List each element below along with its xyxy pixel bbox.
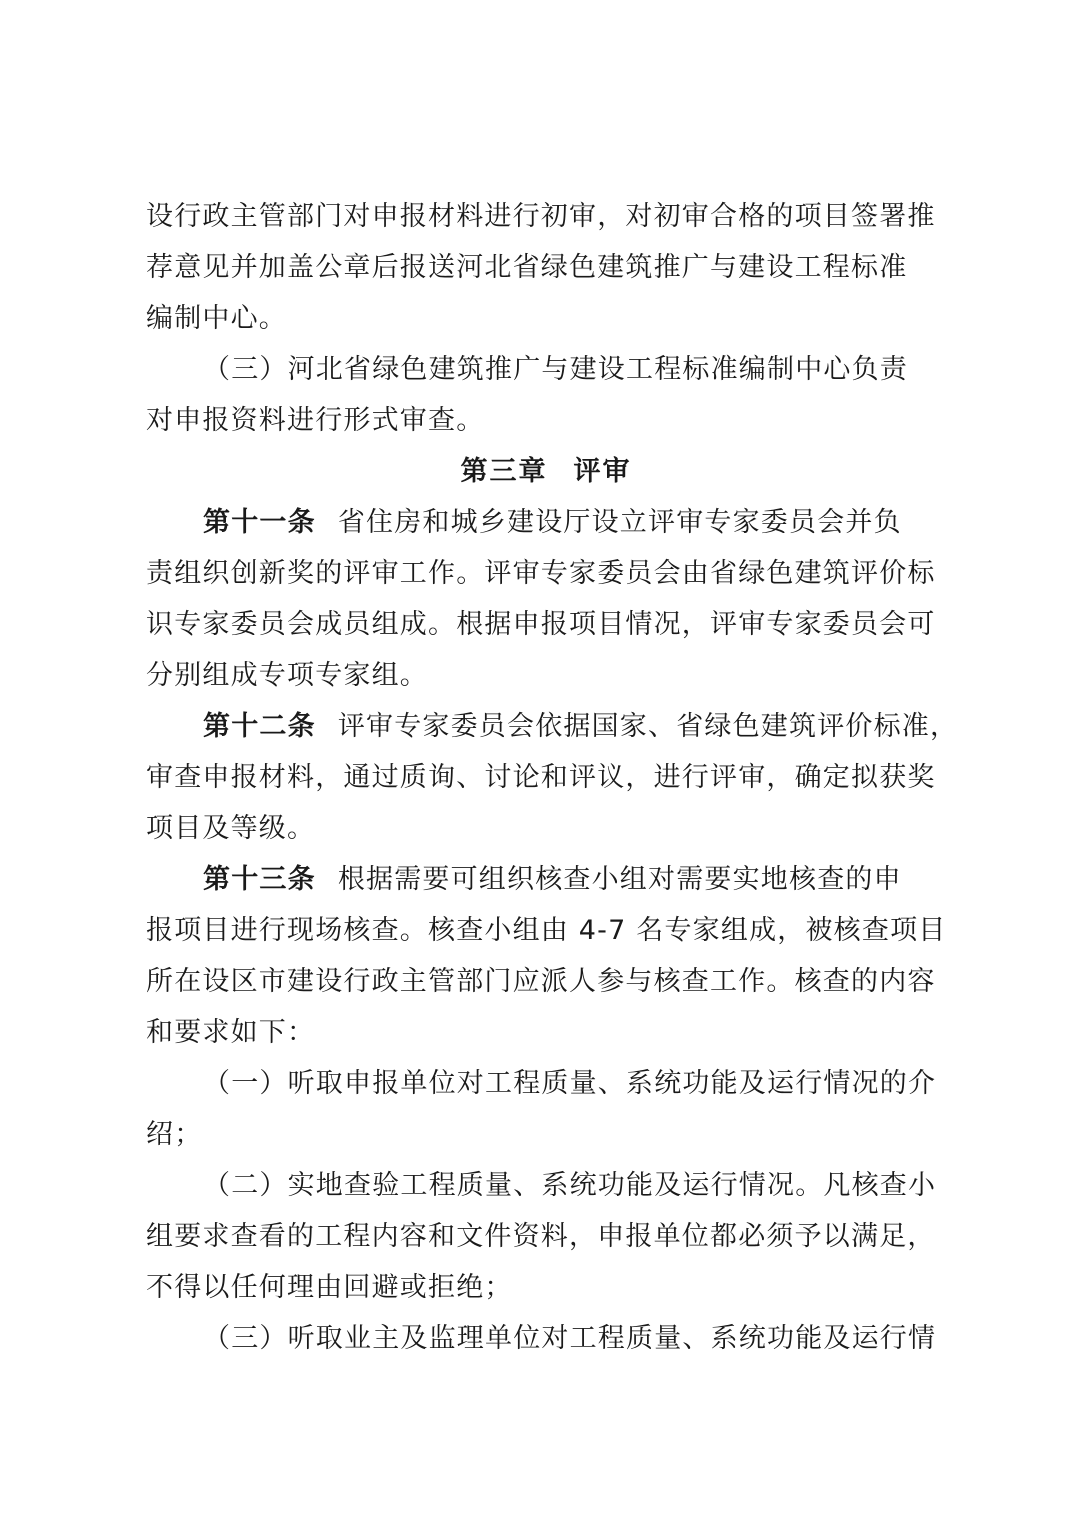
text-line: 不得以任何理由回避或拒绝； xyxy=(146,1262,946,1313)
article-12: 第十二条评审专家委员会依据国家、省绿色建筑评价标准， 审查申报材料，通过质询、讨… xyxy=(146,701,946,854)
text-line: 第十二条评审专家委员会依据国家、省绿色建筑评价标准， xyxy=(146,701,946,752)
text-line: 绍； xyxy=(146,1109,946,1160)
text-line: 责组织创新奖的评审工作。评审专家委员会由省绿色建筑评价标 xyxy=(146,548,946,599)
article-text: 根据需要可组织核查小组对需要实地核查的申 xyxy=(338,864,902,895)
text-line: 编制中心。 xyxy=(146,293,946,344)
paragraph-continuation: 设行政主管部门对申报材料进行初审，对初审合格的项目签署推 荐意见并加盖公章后报送… xyxy=(146,191,946,344)
text-line: （三）听取业主及监理单位对工程质量、系统功能及运行情 xyxy=(146,1313,946,1364)
paragraph-item-three: （三）河北省绿色建筑推广与建设工程标准编制中心负责 对申报资料进行形式审查。 xyxy=(146,344,946,446)
document-page: 设行政主管部门对申报材料进行初审，对初审合格的项目签署推 荐意见并加盖公章后报送… xyxy=(146,191,946,1364)
chapter-title: 评审 xyxy=(574,456,632,487)
text-line: （一）听取申报单位对工程质量、系统功能及运行情况的介 xyxy=(146,1058,946,1109)
text-line: 设行政主管部门对申报材料进行初审，对初审合格的项目签署推 xyxy=(146,191,946,242)
text-line: 组要求查看的工程内容和文件资料，申报单位都必须予以满足， xyxy=(146,1211,946,1262)
text-line: 和要求如下： xyxy=(146,1007,946,1058)
article-text: 省住房和城乡建设厅设立评审专家委员会并负 xyxy=(338,507,902,538)
article-11: 第十一条省住房和城乡建设厅设立评审专家委员会并负 责组织创新奖的评审工作。评审专… xyxy=(146,497,946,701)
article-label: 第十三条 xyxy=(203,864,316,895)
text-line: 识专家委员会成员组成。根据申报项目情况，评审专家委员会可 xyxy=(146,599,946,650)
text-line: 分别组成专项专家组。 xyxy=(146,650,946,701)
text-line: 审查申报材料，通过质询、讨论和评议，进行评审，确定拟获奖 xyxy=(146,752,946,803)
text-line: 荐意见并加盖公章后报送河北省绿色建筑推广与建设工程标准 xyxy=(146,242,946,293)
list-item-one: （一）听取申报单位对工程质量、系统功能及运行情况的介 绍； xyxy=(146,1058,946,1160)
text-line: 报项目进行现场核查。核查小组由 4-7 名专家组成，被核查项目 xyxy=(146,905,946,956)
text-line: 第十一条省住房和城乡建设厅设立评审专家委员会并负 xyxy=(146,497,946,548)
text-line: 对申报资料进行形式审查。 xyxy=(146,395,946,446)
list-item-three: （三）听取业主及监理单位对工程质量、系统功能及运行情 xyxy=(146,1313,946,1364)
article-label: 第十一条 xyxy=(203,507,316,538)
text-line: 第十三条根据需要可组织核查小组对需要实地核查的申 xyxy=(146,854,946,905)
list-item-two: （二）实地查验工程质量、系统功能及运行情况。凡核查小 组要求查看的工程内容和文件… xyxy=(146,1160,946,1313)
chapter-number: 第三章 xyxy=(461,456,548,487)
text-line: 项目及等级。 xyxy=(146,803,946,854)
article-13: 第十三条根据需要可组织核查小组对需要实地核查的申 报项目进行现场核查。核查小组由… xyxy=(146,854,946,1058)
text-line: 所在设区市建设行政主管部门应派人参与核查工作。核查的内容 xyxy=(146,956,946,1007)
chapter-heading: 第三章评审 xyxy=(146,446,946,497)
text-line: （三）河北省绿色建筑推广与建设工程标准编制中心负责 xyxy=(146,344,946,395)
article-label: 第十二条 xyxy=(203,711,316,742)
article-text: 评审专家委员会依据国家、省绿色建筑评价标准， xyxy=(338,711,958,742)
text-line: （二）实地查验工程质量、系统功能及运行情况。凡核查小 xyxy=(146,1160,946,1211)
